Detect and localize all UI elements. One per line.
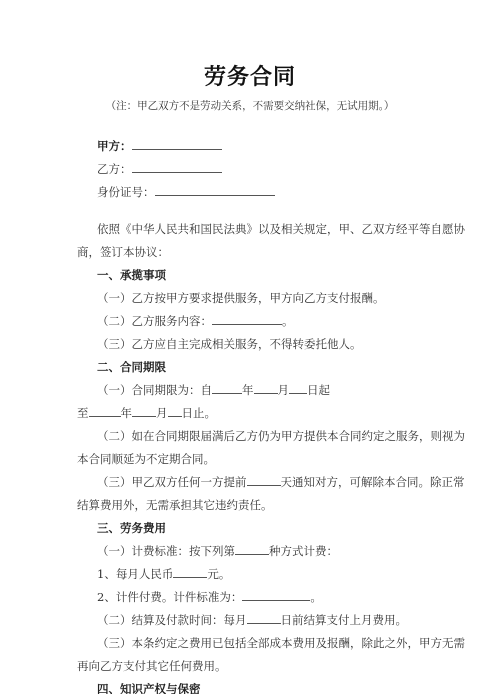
label: 日止。	[182, 406, 217, 420]
section-2-item-3-line2: 结算费用外，无需承担其它违约责任。	[77, 497, 273, 513]
party-b-label: 乙方：	[97, 162, 132, 176]
section-2-heading: 二、合同期限	[97, 359, 166, 375]
party-a-field[interactable]	[132, 138, 222, 150]
section-2-item-3: （三）甲乙双方任何一方提前天通知对方，可解除本合同。除正常	[97, 474, 465, 490]
label: （二）乙方服务内容：	[97, 314, 212, 328]
page-title: 劳务合同	[0, 60, 500, 91]
id-row: 身份证号：	[97, 184, 275, 200]
section-3-option-2: 2、计件付费。计件标准为：。	[97, 589, 322, 605]
end-day-field[interactable]	[168, 405, 182, 417]
section-1-item-2: （二）乙方服务内容：。	[97, 313, 294, 329]
section-2-item-1: （一）合同期限为：自年月日起	[97, 382, 330, 398]
piece-rate-field[interactable]	[242, 589, 310, 601]
preamble-line1: 依照《中华人民共和国民法典》以及相关规定，甲、乙双方经平等自愿协	[97, 221, 465, 237]
section-4-heading: 四、知识产权与保密	[97, 681, 201, 694]
payment-day-field[interactable]	[247, 612, 281, 624]
id-label: 身份证号：	[97, 185, 155, 199]
label: 种方式计费：	[269, 544, 338, 558]
start-year-field[interactable]	[212, 382, 242, 394]
label: （一）合同期限为：自	[97, 383, 212, 397]
label: 年	[242, 383, 254, 397]
label: 月	[156, 406, 168, 420]
label: （二）结算及付款时间：每月	[97, 613, 247, 627]
label: 月	[278, 383, 290, 397]
party-a-label: 甲方：	[97, 139, 132, 153]
section-1-item-3: （三）乙方应自主完成相关服务，不得转委托他人。	[97, 336, 362, 352]
end-month-field[interactable]	[132, 405, 156, 417]
service-content-field[interactable]	[212, 313, 282, 325]
note: （注：甲乙双方不是劳动关系，不需要交纳社保，无试用期。）	[0, 98, 500, 113]
label: 。	[282, 314, 294, 328]
label: 2、计件付费。计件标准为：	[97, 590, 242, 604]
section-2-item-2-line1: （二）如在合同期限届满后乙方仍为甲方提供本合同约定之服务，则视为	[97, 428, 465, 444]
label: 至	[77, 406, 89, 420]
preamble-line2: 商，签订本协议：	[77, 244, 169, 260]
label: 元。	[207, 567, 230, 581]
section-2-item-2-line2: 本合同顺延为不定期合同。	[77, 451, 215, 467]
label: 。	[310, 590, 322, 604]
section-3-item-1: （一）计费标准：按下列第种方式计费：	[97, 543, 338, 559]
label: 1、每月人民币	[97, 567, 173, 581]
section-1-item-1: （一）乙方按甲方要求提供服务，甲方向乙方支付报酬。	[97, 290, 385, 306]
party-a-row: 甲方：	[97, 138, 222, 154]
party-b-field[interactable]	[132, 161, 222, 173]
label: 日前结算支付上月费用。	[281, 613, 408, 627]
section-3-item-3-line2: 再向乙方支付其它任何费用。	[77, 658, 227, 674]
monthly-amount-field[interactable]	[173, 566, 207, 578]
section-1-heading: 一、承揽事项	[97, 267, 166, 283]
section-3-item-2: （二）结算及付款时间：每月日前结算支付上月费用。	[97, 612, 407, 628]
section-2-item-1-end: 至年月日止。	[77, 405, 216, 421]
label: （一）计费标准：按下列第	[97, 544, 235, 558]
end-year-field[interactable]	[89, 405, 121, 417]
section-3-item-3-line1: （三）本条约定之费用已包括全部成本费用及报酬，除此之外，甲方无需	[97, 635, 465, 651]
label: （三）甲乙双方任何一方提前	[97, 475, 247, 489]
label: 年	[121, 406, 133, 420]
start-month-field[interactable]	[254, 382, 278, 394]
section-3-heading: 三、劳务费用	[97, 520, 166, 536]
notice-days-field[interactable]	[247, 474, 281, 486]
billing-method-field[interactable]	[235, 543, 269, 555]
label: 日起	[307, 383, 330, 397]
start-day-field[interactable]	[289, 382, 307, 394]
section-3-option-1: 1、每月人民币元。	[97, 566, 230, 582]
id-field[interactable]	[155, 184, 275, 196]
party-b-row: 乙方：	[97, 161, 222, 177]
label: 天通知对方，可解除本合同。除正常	[281, 475, 465, 489]
